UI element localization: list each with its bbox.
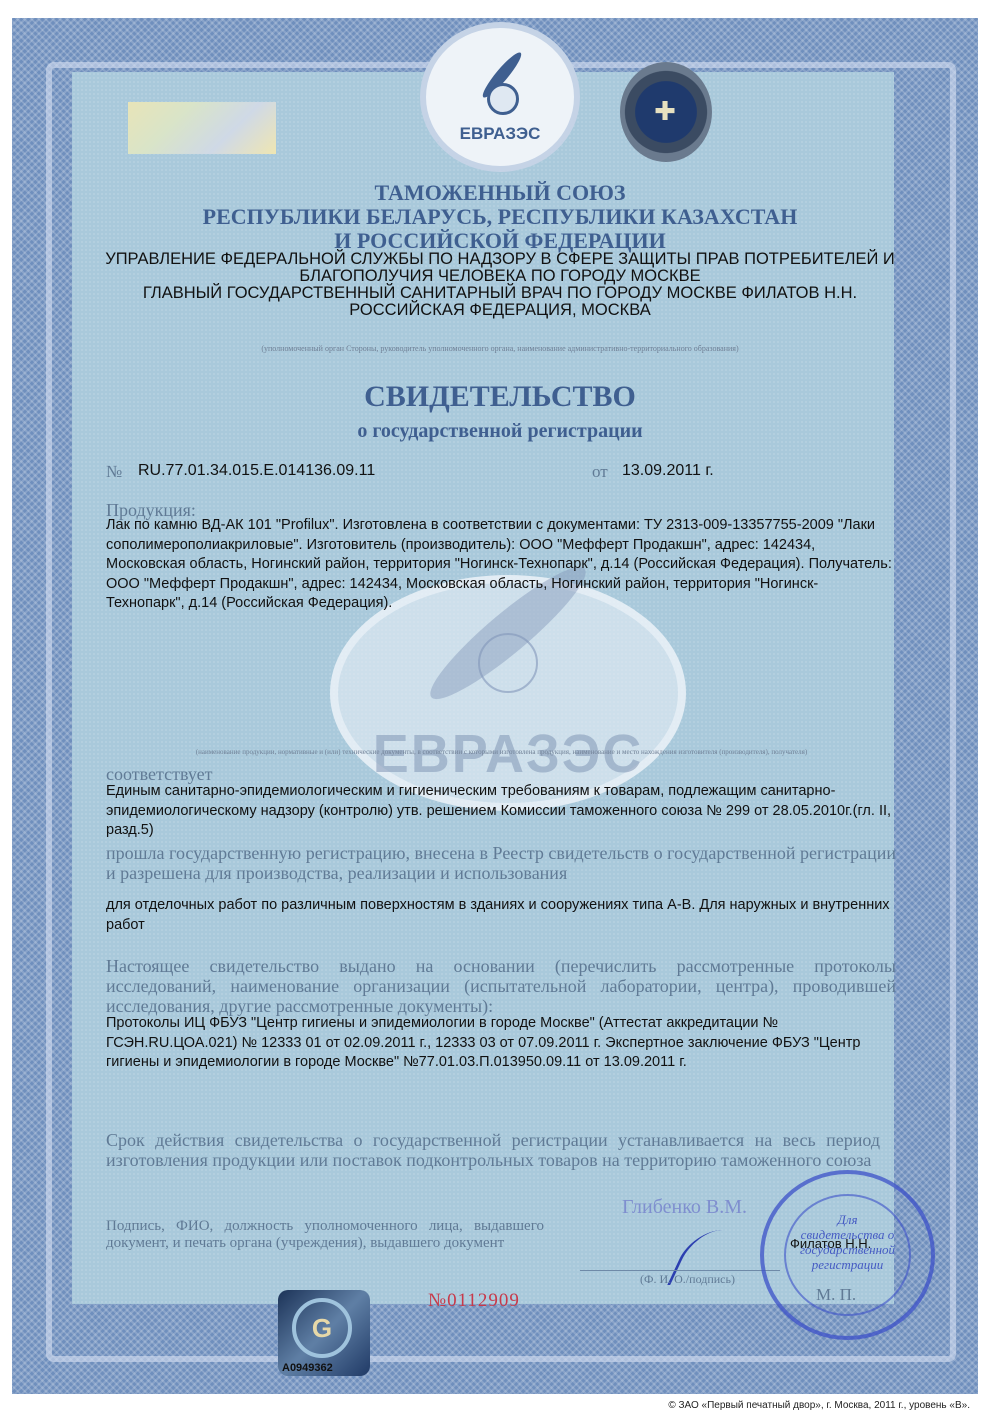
usage-text: для отделочных работ по различным поверх… bbox=[106, 896, 896, 935]
validity-text: Срок действия свидетельства о государств… bbox=[106, 1130, 880, 1170]
number-prefix: № bbox=[106, 462, 122, 482]
globe-icon bbox=[478, 633, 538, 693]
date-prefix: от bbox=[592, 462, 608, 482]
certificate-date: 13.09.2011 г. bbox=[622, 462, 714, 480]
product-text: Лак по камню ВД-АК 101 "Profilux". Изгот… bbox=[106, 516, 896, 614]
product-caption: (наименование продукции, нормативные и (… bbox=[104, 748, 899, 756]
signature-line bbox=[580, 1270, 780, 1271]
fio-caption: (Ф. И. О./подпись) bbox=[640, 1272, 735, 1287]
certificate-subtitle: о государственной регистрации bbox=[100, 420, 900, 443]
header-line-1: ТАМОЖЕННЫЙ СОЮЗ bbox=[100, 182, 900, 204]
hologram-serial: А0949362 bbox=[282, 1362, 333, 1374]
printer-footer: © ЗАО «Первый печатный двор», г. Москва,… bbox=[668, 1400, 970, 1411]
medical-cross-icon: ✚ bbox=[653, 97, 677, 125]
hologram-strip bbox=[128, 102, 276, 154]
registered-text: прошла государственную регистрацию, внес… bbox=[106, 843, 896, 883]
form-number: №0112909 bbox=[428, 1290, 520, 1312]
stamped-name: Глибенко В.М. bbox=[622, 1196, 747, 1219]
complies-text: Единым санитарно-эпидемиологическим и ги… bbox=[106, 782, 896, 841]
certificate-number: RU.77.01.34.015.Е.014136.09.11 bbox=[138, 462, 375, 480]
authority-caption: (уполномоченный орган Стороны, руководит… bbox=[150, 344, 850, 353]
basis-text: Протоколы ИЦ ФБУЗ "Центр гигиены и эпиде… bbox=[106, 1014, 896, 1073]
evrazes-emblem: ЕВРАЗЭС bbox=[420, 22, 580, 172]
evrazes-logo-icon bbox=[465, 63, 535, 118]
seal-place-label: М. П. bbox=[816, 1285, 856, 1305]
header-line-2: РЕСПУБЛИКИ БЕЛАРУСЬ, РЕСПУБЛИКИ КАЗАХСТА… bbox=[100, 206, 900, 228]
authority-line-4: РОССИЙСКАЯ ФЕДЕРАЦИЯ, МОСКВА bbox=[100, 301, 900, 320]
hologram-seal: ✚ bbox=[620, 62, 712, 162]
emblem-label: ЕВРАЗЭС bbox=[460, 124, 541, 144]
signature-caption: Подпись, ФИО, должность уполномоченного … bbox=[106, 1218, 544, 1252]
header-line-3: И РОССИЙСКОЙ ФЕДЕРАЦИИ bbox=[100, 230, 900, 252]
conformity-mark-icon: G bbox=[292, 1298, 352, 1358]
serial-hologram: G А0949362 bbox=[278, 1290, 370, 1376]
certificate-title: СВИДЕТЕЛЬСТВО bbox=[100, 380, 900, 414]
official-seal: Для свидетельства о государственной реги… bbox=[760, 1170, 935, 1340]
basis-label: Настоящее свидетельство выдано на основа… bbox=[106, 956, 896, 1016]
signatory-name: Филатов Н.Н. bbox=[790, 1236, 871, 1251]
